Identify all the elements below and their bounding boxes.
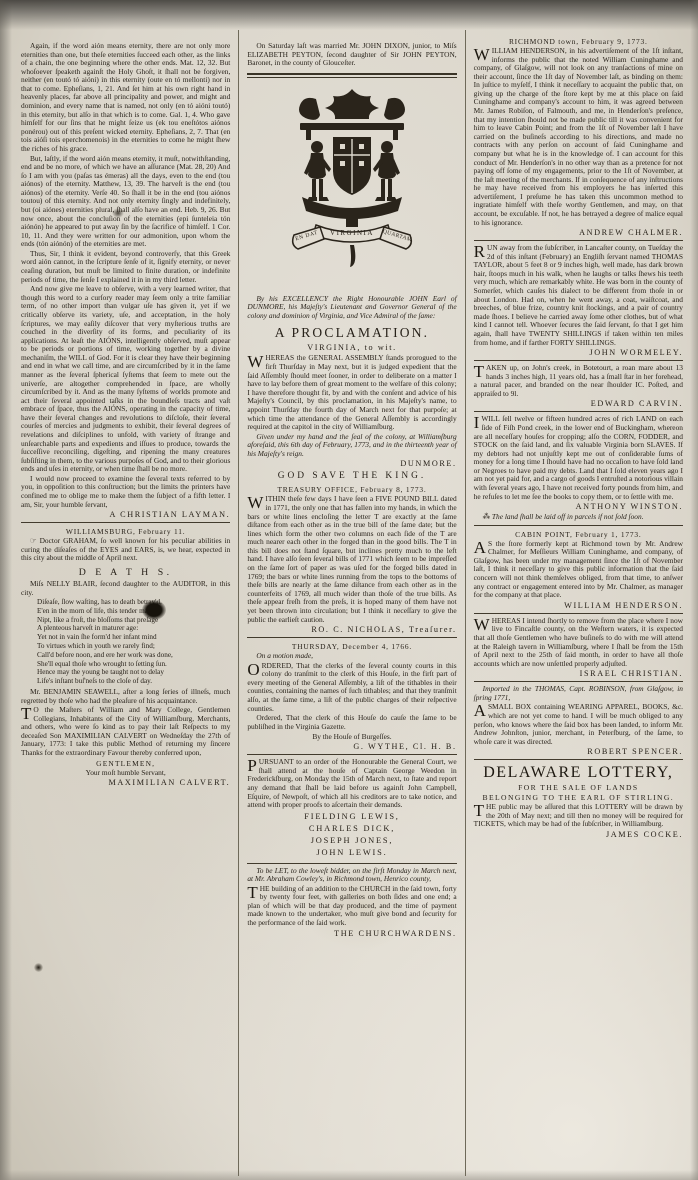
section-divider-rule [474, 360, 683, 361]
signatory-name: CHARLES DICK, [247, 823, 456, 835]
signature-line: MAXIMILIAN CALVERT. [21, 778, 230, 787]
article-lead-paragraph: PURSUANT to an order of the Honourable t… [247, 758, 456, 809]
paper-edge-top [0, 0, 698, 30]
column-1: Again, if the word aión means eternity, … [13, 30, 238, 1176]
double-divider-rule [247, 73, 456, 78]
italic-paragraph: By his EXCELLENCY the Right Honourable J… [247, 295, 456, 321]
article-paragraph: Thus, Sir, I think it evident, beyond co… [21, 250, 230, 284]
dateline: WILLIAMSBURG, February 11. [21, 527, 230, 536]
article-lead-paragraph: WHEREAS the GENERAL ASSEMBLY ſtands pror… [247, 354, 456, 431]
drop-cap-letter: T [247, 885, 259, 900]
signature-line: EDWARD CARVIN. [474, 399, 683, 408]
signatory-names: FIELDING LEWIS,CHARLES DICK,JOSEPH JONES… [247, 811, 456, 860]
paper-edge-right [690, 0, 698, 1180]
verse-line: Nipt, like a froſt, the bloſſoms that pr… [37, 616, 230, 625]
section-divider-rule [474, 525, 683, 526]
verse-line: Yet not in vain ſhe form'd her infant mi… [37, 633, 230, 642]
god-save-the-king-line: GOD SAVE THE KING. [247, 471, 456, 481]
seal-motto-center: VIRGINIA [330, 229, 374, 237]
section-divider-rule [474, 240, 683, 241]
article-lead-paragraph: IWILL ſell twelve or fifteen hundred acr… [474, 415, 683, 501]
column-3: RICHMOND town, February 9, 1773.WILLIAM … [465, 30, 691, 1176]
drop-cap-letter: T [21, 706, 33, 721]
article-paragraph: Ordered, That the clerk of this Houſe do… [247, 714, 456, 731]
newspaper-page: Again, if the word aión means eternity, … [0, 0, 698, 1180]
italic-paragraph: On a motion made, [247, 652, 456, 661]
section-divider-rule [247, 863, 456, 864]
drop-cap-letter: W [247, 354, 265, 369]
signature-line: ANDREW CHALMER. [474, 228, 683, 237]
article-lead-paragraph: AS the ſtore formerly kept at Richmond t… [474, 540, 683, 600]
elegy-verse: Diſeaſe, ſlow waſting, has to death betr… [37, 598, 230, 686]
drop-cap-letter: W [474, 47, 492, 62]
virginia-seal-woodcut: VIRGINIA EN DAT QUARTAM [276, 85, 428, 287]
article-lead-paragraph: TO the Maſters of William and Mary Colle… [21, 706, 230, 757]
article-paragraph: And now give me leave to obſerve, with a… [21, 285, 230, 474]
coat-of-arms: VIRGINIA EN DAT QUARTAM [247, 85, 456, 292]
section-divider-rule [474, 759, 683, 760]
article-paragraph: Again, if the word aión means eternity, … [21, 42, 230, 154]
drop-cap-letter: W [247, 495, 265, 510]
article-lead-paragraph: ORDERED, That the clerks of the ſeveral … [247, 662, 456, 713]
drop-cap-letter: P [247, 758, 258, 773]
article-paragraph: I would now proceed to examine the ſever… [21, 475, 230, 509]
article-paragraph: Mr. BENJAMIN SEAWELL, after a long ſerie… [21, 688, 230, 705]
section-divider-rule [474, 681, 683, 682]
signature-line: ANTHONY WINSTON. [474, 502, 683, 511]
signature-line: WILLIAM HENDERSON. [474, 601, 683, 610]
column-layout: Again, if the word aión means eternity, … [13, 30, 691, 1176]
article-paragraph: ☞ Doctor GRAHAM, ſo well known for his p… [21, 537, 230, 563]
proclamation-heading: A PROCLAMATION. [247, 325, 456, 341]
signatory-name: JOHN LEWIS. [247, 847, 456, 859]
drop-cap-letter: A [474, 540, 488, 555]
dateline: THURSDAY, December 4, 1766. [247, 642, 456, 651]
delaware-lottery-heading: DELAWARE LOTTERY, [474, 764, 683, 782]
article-paragraph: But, laſtly, if the word aión means eter… [21, 155, 230, 249]
italic-paragraph: To be LET, to the loweſt bidder, on the … [247, 867, 456, 884]
article-lead-paragraph: WITHIN theſe few days I have ſeen a FIVE… [247, 495, 456, 624]
italic-paragraph: Imported in the THOMAS, Capt. ROBINSON, … [474, 685, 683, 702]
drop-cap-letter: R [474, 244, 487, 259]
drop-cap-letter: O [247, 662, 261, 677]
article-paragraph: On Saturday laſt was married Mr. JOHN DI… [247, 42, 456, 68]
article-lead-paragraph: WILLIAM HENDERSON, in his advertiſement … [474, 47, 683, 227]
section-divider-rule [247, 637, 456, 638]
verse-line: Life's inſtant buſ'neſs to the cloſe of … [37, 677, 230, 686]
signature-line: G. WYTHE, Cl. H. B. [247, 742, 456, 751]
article-lead-paragraph: THE building of an addition to the CHURC… [247, 885, 456, 928]
signature-line: JOHN WORMELEY. [474, 348, 683, 357]
virginia-to-wit-subheading: VIRGINIA, to wit. [247, 343, 456, 352]
verse-line: To virtues which in youth we rarely find… [37, 642, 230, 651]
signatory-name: JOSEPH JONES, [247, 835, 456, 847]
section-divider-rule [21, 522, 230, 523]
article-lead-paragraph: ASMALL BOX containing WEARING APPAREL, B… [474, 703, 683, 746]
signature-line: ROBERT SPENCER. [474, 747, 683, 756]
article-lead-paragraph: TAKEN up, on John's creek, in Botetourt,… [474, 364, 683, 398]
verse-line: A plenteous harveſt in maturer age: [37, 624, 230, 633]
italic-paragraph: Given under my hand and the ſeal of the … [247, 433, 456, 459]
verse-line: Hence may the young be taught not to del… [37, 668, 230, 677]
drop-cap-letter: W [474, 617, 492, 632]
dateline: RICHMOND town, February 9, 1773. [474, 37, 683, 46]
article-paragraph: Miſs NELLY BLAIR, ſecond daughter to the… [21, 580, 230, 597]
verse-line: Call'd before noon, and ere her work was… [37, 651, 230, 660]
verse-line: Diſeaſe, ſlow waſting, has to death betr… [37, 598, 230, 607]
section-divider-rule [474, 613, 683, 614]
paper-edge-left [0, 0, 12, 1180]
column-2: On Saturday laſt was married Mr. JOHN DI… [238, 30, 464, 1176]
lottery-subheading: BELONGING TO THE EARL OF STIRLING. [474, 793, 683, 802]
article-lead-paragraph: WHEREAS I intend ſhortly to remove from … [474, 617, 683, 668]
dateline: CABIN POINT, February 1, 1773. [474, 530, 683, 539]
italic-paragraph: ⁂ The land ſhall be laid off in parcels … [474, 513, 683, 522]
signature-line: ISRAEL CHRISTIAN. [474, 669, 683, 678]
lottery-subheading: FOR THE SALE OF LANDS [474, 783, 683, 792]
drop-cap-letter: A [474, 703, 488, 718]
signature-line: DUNMORE. [247, 459, 456, 468]
centered-line: By the Houſe of Burgeſſes. [247, 732, 456, 741]
centered-spaced-line: GENTLEMEN, [21, 759, 230, 768]
centered-line: Your moſt humble Servant, [21, 768, 230, 777]
article-lead-paragraph: THE public may be aſſured that this LOTT… [474, 803, 683, 829]
section-divider-rule [474, 411, 683, 412]
signature-line: RO. C. NICHOLAS, Treaſurer. [247, 625, 456, 634]
signature-line: JAMES COCKE. [474, 830, 683, 839]
deaths-heading: D E A T H S. [21, 567, 230, 578]
verse-line: E'en in the morn of life, this tender ma… [37, 607, 230, 616]
verse-line: She'll equal thoſe who wrought to ſettin… [37, 660, 230, 669]
section-divider-rule [247, 754, 456, 755]
article-lead-paragraph: RUN away from the ſubſcriber, in Lancaſt… [474, 244, 683, 347]
drop-cap-letter: T [474, 364, 486, 379]
signature-line: THE CHURCHWARDENS. [247, 929, 456, 938]
signatory-name: FIELDING LEWIS, [247, 811, 456, 823]
drop-cap-letter: T [474, 803, 486, 818]
signature-line: A CHRISTIAN LAYMAN. [21, 510, 230, 519]
